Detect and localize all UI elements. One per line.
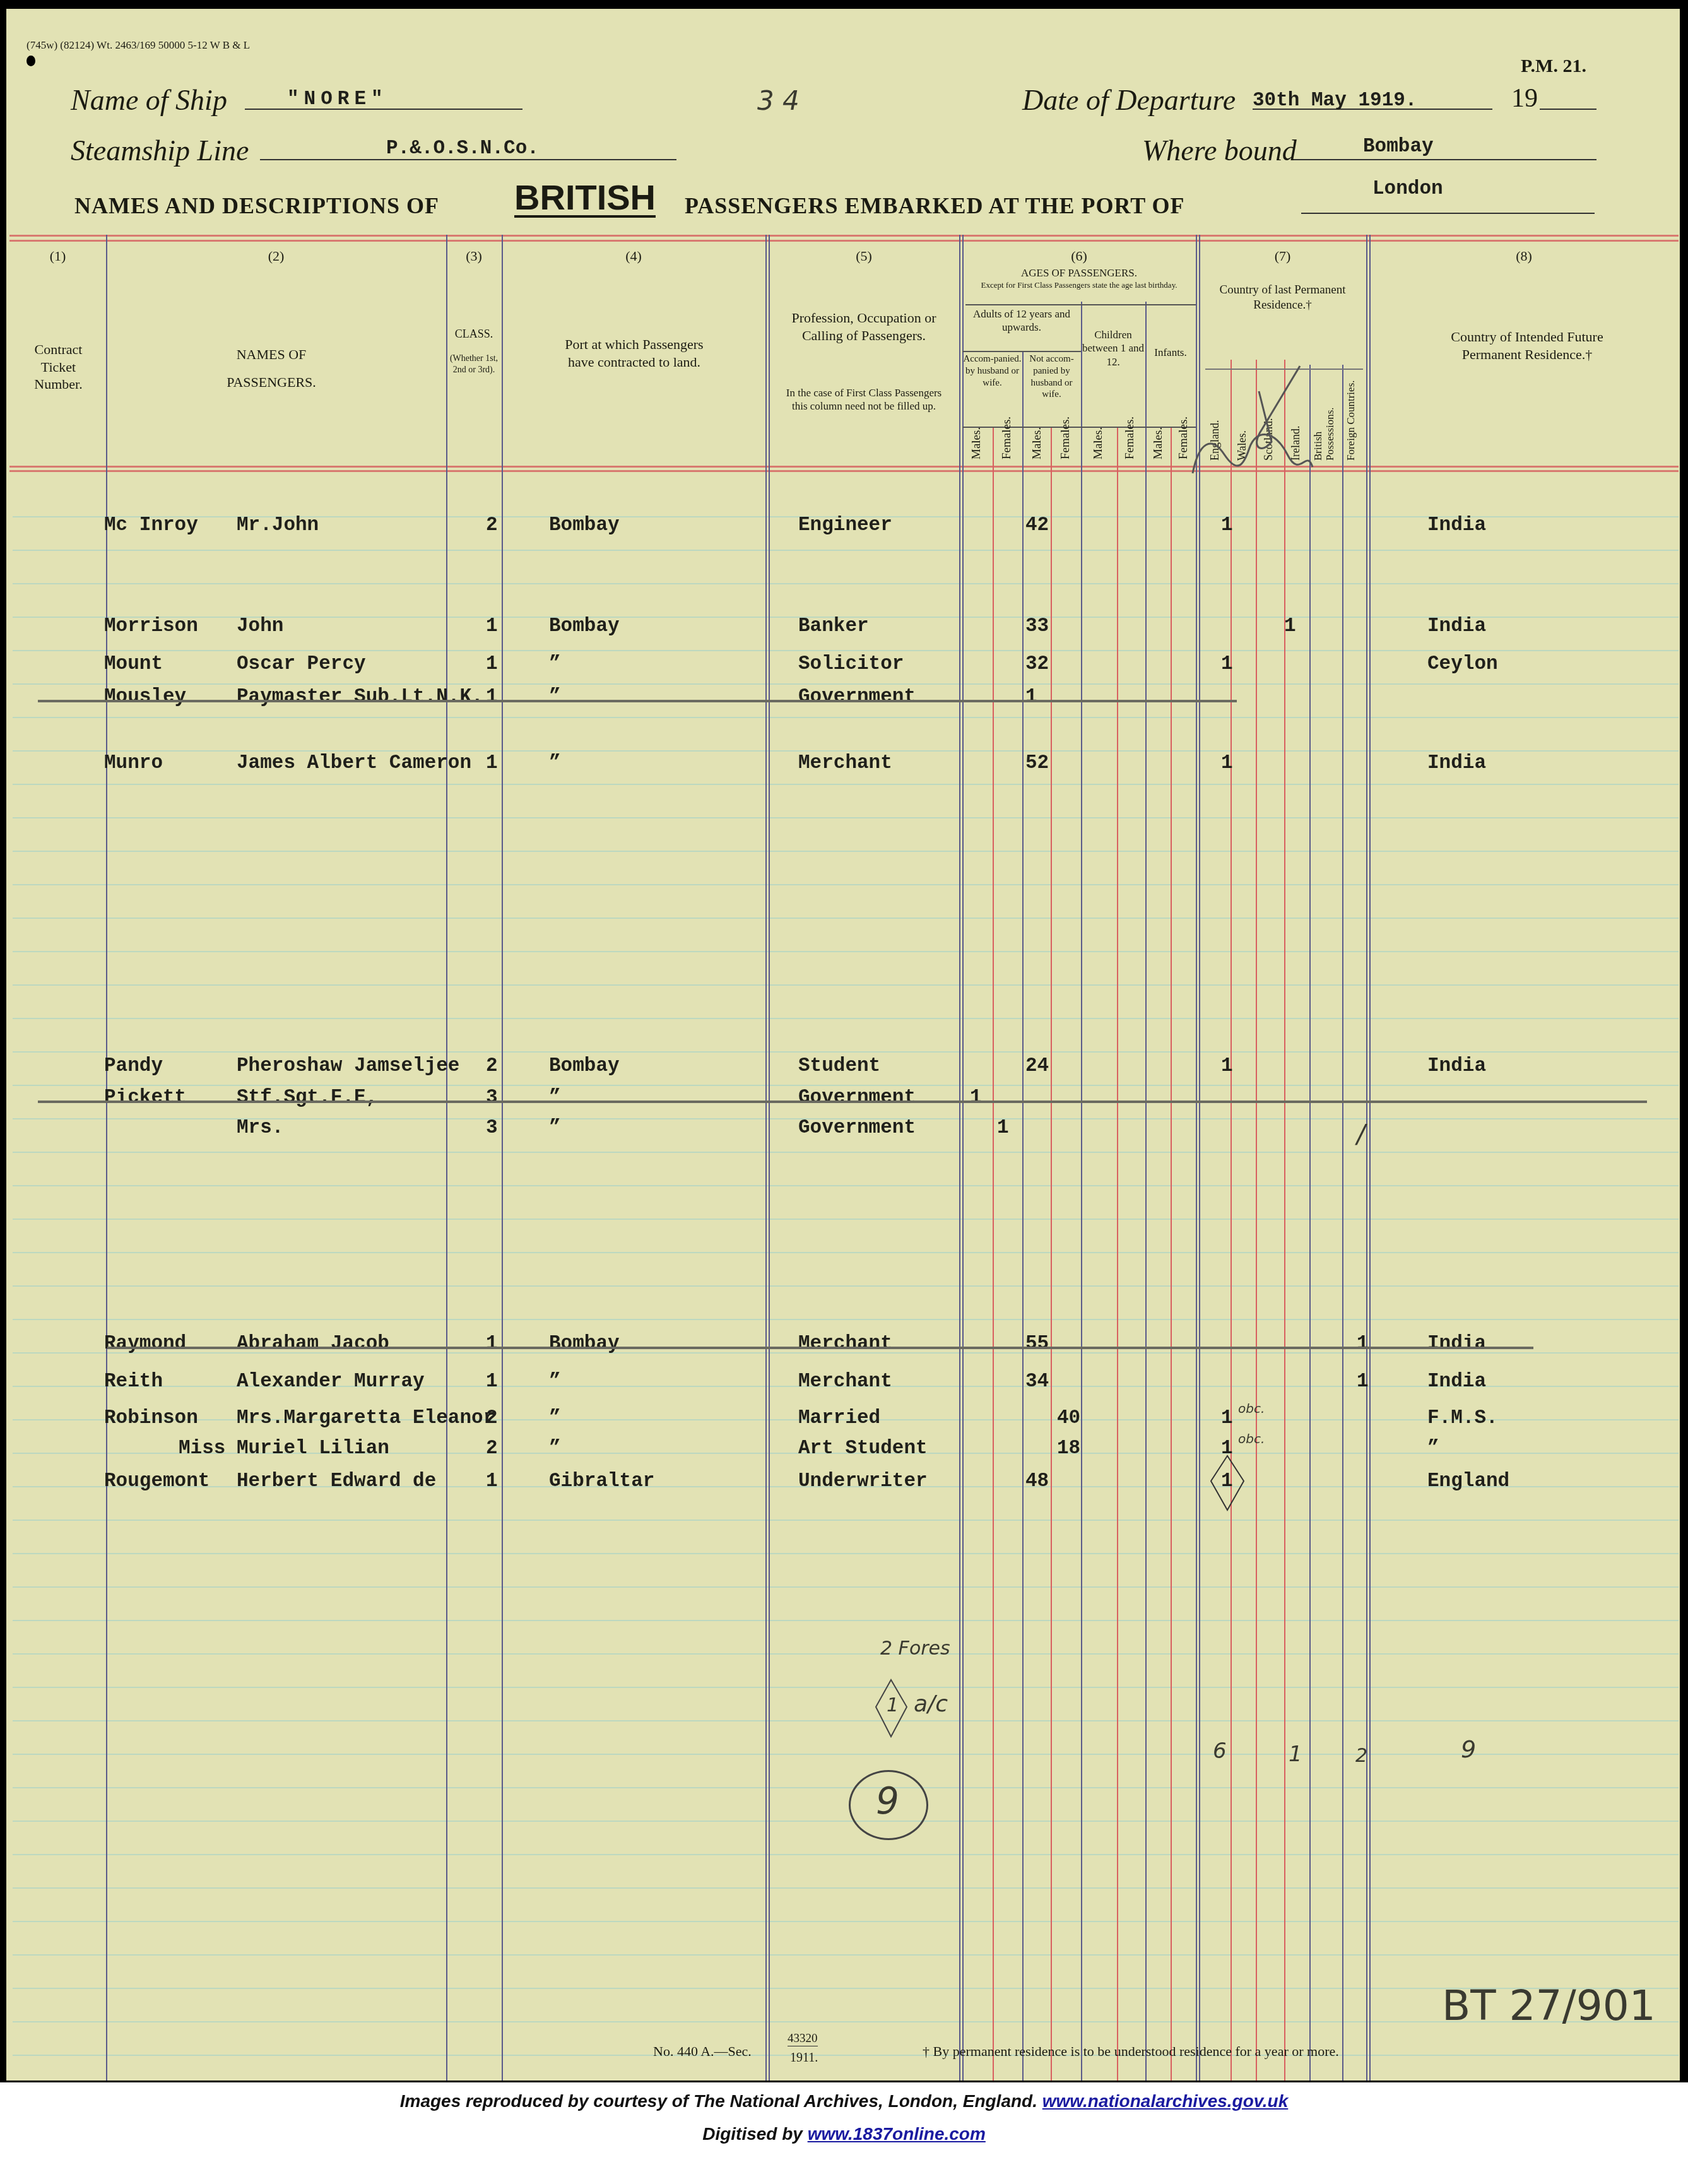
country-sub-divider	[1309, 365, 1311, 2081]
ruled-line	[13, 1553, 1679, 1554]
passenger-class: 2	[486, 1437, 498, 1460]
passenger-future-residence: India	[1427, 1333, 1486, 1355]
passenger-given-names: Mrs.Margaretta Eleanor	[237, 1407, 495, 1429]
col2-header: NAMES OF PASSENGERS.	[208, 341, 334, 396]
pencil-squiggle-icon	[1186, 328, 1350, 480]
steamship-line-value: P.&.O.S.N.Co.	[386, 138, 539, 160]
col-divider-6b	[1199, 235, 1200, 2081]
col-divider-1	[106, 235, 107, 2081]
passenger-given-names: Paymaster Sub.Lt.N.K.	[237, 686, 483, 708]
country-sub-divider	[1342, 365, 1343, 2081]
passenger-residence-mark: 1	[1221, 752, 1233, 774]
form-id: P.M. 21.	[1521, 56, 1586, 77]
col4-header: Port at which Passengers have contracted…	[555, 336, 713, 370]
passenger-surname: Munro	[104, 752, 163, 774]
passenger-age: 1	[1025, 686, 1037, 708]
passenger-age: 32	[1025, 653, 1049, 675]
ruled-line	[13, 550, 1679, 551]
males-label: Males.	[1092, 427, 1106, 459]
fraction-top: 43320	[788, 2032, 818, 2046]
ruled-line	[13, 750, 1679, 752]
ruled-line	[13, 1185, 1679, 1186]
ruled-line	[13, 851, 1679, 852]
passenger-given-names: Oscar Percy	[237, 653, 366, 675]
passenger-residence-mark: 1	[1221, 1407, 1233, 1429]
passenger-surname: Raymond	[104, 1333, 186, 1355]
passenger-port: ”	[549, 1371, 561, 1393]
passenger-surname: Reith	[104, 1371, 163, 1393]
passenger-given-names: Mrs.	[237, 1117, 283, 1139]
header-bottom-rule	[9, 466, 1679, 468]
passenger-age: 1	[970, 1087, 982, 1109]
passenger-future-residence: India	[1427, 615, 1486, 637]
passenger-residence-mark: 1	[1357, 1371, 1369, 1393]
tally-note: 2 Fores	[880, 1638, 950, 1660]
port-value: London	[1372, 178, 1443, 200]
ruled-line	[13, 583, 1679, 584]
ruled-line	[13, 951, 1679, 952]
passenger-residence-mark: 1	[1221, 653, 1233, 675]
females-label: Females.	[1123, 416, 1137, 459]
header-top-rule-2	[9, 240, 1679, 242]
passenger-port: ”	[549, 1437, 561, 1460]
col5-header: Profession, Occupation or Calling of Pas…	[775, 309, 953, 344]
ruled-line	[13, 1285, 1679, 1287]
ruled-line	[13, 918, 1679, 919]
ruled-line	[13, 1018, 1679, 1019]
passenger-residence-mark: 1	[1357, 1333, 1369, 1355]
passenger-surname: Mount	[104, 653, 163, 675]
year-underline	[1540, 109, 1597, 110]
passenger-surname: Robinson	[104, 1407, 198, 1429]
passenger-given-names: John	[237, 615, 283, 637]
passenger-class: 1	[486, 752, 498, 774]
header-bottom-rule-2	[9, 470, 1679, 472]
col-divider-6	[1196, 235, 1197, 2081]
females-label: Females.	[1059, 416, 1073, 459]
col-divider-7b	[1369, 235, 1371, 2081]
passenger-given-names: Alexander Murray	[237, 1371, 425, 1393]
passenger-port: Bombay	[549, 1055, 620, 1077]
country-sub-divider	[1231, 360, 1232, 2081]
passenger-occupation: Art Student	[798, 1437, 928, 1460]
ruled-line	[13, 1520, 1679, 1521]
passenger-occupation: Government	[798, 1087, 916, 1109]
not-accompanied-header: Not accom-panied by husband or wife.	[1022, 353, 1081, 401]
age-sub-divider	[993, 428, 994, 2081]
passenger-occupation: Government	[798, 1117, 916, 1139]
col-divider-4	[765, 235, 767, 2081]
departure-date-value: 30th May 1919.	[1253, 90, 1417, 112]
passenger-residence-mark: 1	[1221, 1055, 1233, 1077]
passenger-occupation: Solicitor	[798, 653, 904, 675]
passenger-port: Bombay	[549, 514, 620, 536]
passenger-class: 3	[486, 1117, 498, 1139]
col6-number: (6)	[962, 247, 1196, 265]
port-underline	[1301, 213, 1595, 214]
passenger-class: 2	[486, 1407, 498, 1429]
where-bound-value: Bombay	[1363, 136, 1434, 158]
passenger-port: Gibraltar	[549, 1470, 654, 1492]
col-divider-7	[1366, 235, 1367, 2081]
passenger-port: ”	[549, 1117, 561, 1139]
passenger-surname: Miss	[179, 1437, 225, 1460]
passenger-surname: Rougemont	[104, 1470, 210, 1492]
ruled-line	[13, 1687, 1679, 1688]
passenger-class: 1	[486, 1470, 498, 1492]
passenger-age: 1	[997, 1117, 1009, 1139]
ruled-line	[13, 1921, 1679, 1922]
col6-rule	[965, 304, 1196, 305]
ruled-line	[13, 1821, 1679, 1822]
ruled-line	[13, 1085, 1679, 1086]
col2-number: (2)	[106, 247, 446, 265]
passenger-given-names: Abraham Jacob	[237, 1333, 389, 1355]
strikethrough-line	[107, 1347, 1533, 1349]
passenger-future-residence: F.M.S.	[1427, 1407, 1498, 1429]
passenger-occupation: Government	[798, 686, 916, 708]
passenger-occupation: Underwriter	[798, 1470, 928, 1492]
passenger-class: 2	[486, 1055, 498, 1077]
males-label: Males.	[970, 427, 984, 459]
digitised-by-text: Digitised by	[702, 2124, 803, 2144]
diamond-note: a/c	[914, 1691, 948, 1717]
passenger-class: 3	[486, 1087, 498, 1109]
passenger-port: Bombay	[549, 615, 620, 637]
passenger-age: 24	[1025, 1055, 1049, 1077]
col8-header: Country of Intended Future Permanent Res…	[1432, 328, 1622, 363]
passenger-future-residence: India	[1427, 752, 1486, 774]
ruled-line	[13, 1319, 1679, 1320]
title-prefix: NAMES AND DESCRIPTIONS OF	[74, 192, 439, 219]
adults-rule	[962, 351, 1081, 352]
passenger-future-residence: India	[1427, 1371, 1486, 1393]
strikethrough-line	[38, 700, 1237, 702]
passenger-occupation: Married	[798, 1407, 880, 1429]
form-number: No. 440 A.—Sec.	[653, 2043, 752, 2060]
passenger-port: ”	[549, 653, 561, 675]
ruled-line	[13, 1152, 1679, 1153]
residence-note: obc.	[1238, 1431, 1265, 1446]
passenger-given-names: Stf.Sgt.F.E,	[237, 1087, 377, 1109]
steamship-line-label: Steamship Line	[71, 134, 249, 167]
passenger-given-names: Mr.John	[237, 514, 319, 536]
year-prefix: 19	[1511, 83, 1538, 114]
passenger-future-residence: Ceylon	[1427, 653, 1498, 675]
passenger-age: 33	[1025, 615, 1049, 637]
passenger-future-residence: India	[1427, 514, 1486, 536]
ruled-line	[13, 817, 1679, 818]
col-divider-3	[502, 235, 503, 2081]
ruled-line	[13, 1252, 1679, 1253]
ruled-line	[13, 984, 1679, 986]
passenger-class: 1	[486, 686, 498, 708]
passenger-occupation: Merchant	[798, 1371, 892, 1393]
fraction-bottom: 1911.	[790, 2051, 818, 2065]
credits-line-1: Images reproduced by courtesy of The Nat…	[0, 2091, 1688, 2111]
age-sub-divider	[1081, 302, 1082, 2081]
header-top-rule	[9, 235, 1679, 237]
passenger-age: 40	[1057, 1407, 1080, 1429]
title-british: BRITISH	[514, 180, 656, 218]
circled-total: 9	[876, 1780, 899, 1822]
passenger-port: ”	[549, 686, 561, 708]
passenger-age: 48	[1025, 1470, 1049, 1492]
col6-header: AGES OF PASSENGERS.	[962, 266, 1196, 280]
ruled-line	[13, 650, 1679, 651]
passenger-surname: Pandy	[104, 1055, 163, 1077]
passenger-occupation: Student	[798, 1055, 880, 1077]
passenger-surname: Mc Inroy	[104, 514, 198, 536]
passenger-age: 34	[1025, 1371, 1049, 1393]
passenger-port: ”	[549, 752, 561, 774]
credits-footer: Images reproduced by courtesy of The Nat…	[0, 2082, 1688, 2184]
credits-line-2: Digitised by www.1837online.com	[0, 2124, 1688, 2144]
ruled-line	[13, 1653, 1679, 1655]
col5-number: (5)	[769, 247, 959, 265]
ruled-line	[13, 784, 1679, 785]
ruled-line	[13, 884, 1679, 885]
dagger-footnote: † By permanent residence is to be unders…	[923, 2043, 1339, 2060]
page-marks: 3 4	[757, 85, 800, 116]
where-bound-underline	[1294, 159, 1597, 160]
total-england: 6	[1213, 1738, 1227, 1764]
passenger-surname: Morrison	[104, 615, 198, 637]
ruled-line	[13, 1620, 1679, 1621]
passenger-class: 1	[486, 653, 498, 675]
col1-header: Contract Ticket Number.	[16, 341, 101, 393]
passenger-age: 52	[1025, 752, 1049, 774]
where-bound-label: Where bound	[1142, 134, 1297, 167]
passenger-given-names: Muriel Lilian	[237, 1437, 389, 1460]
passenger-future-residence: England	[1427, 1470, 1509, 1492]
ruled-line	[13, 1988, 1679, 1989]
ruled-line	[13, 1051, 1679, 1053]
print-code: (745w) (82124) Wt. 2463/169 50000 5-12 W…	[27, 39, 250, 52]
age-sub-divider	[1022, 352, 1024, 2081]
ruled-line	[13, 1954, 1679, 1956]
passenger-given-names: James Albert Cameron	[237, 752, 471, 774]
col-divider-5b	[962, 235, 964, 2081]
archive-reference: BT 27/901	[1442, 1981, 1656, 2030]
col-divider-5	[959, 235, 960, 2081]
col6-note: Except for First Class Passengers state …	[969, 280, 1189, 290]
accompanied-header: Accom-panied. by husband or wife.	[962, 353, 1022, 389]
ship-name-value: "NORE"	[287, 88, 388, 110]
passenger-class: 1	[486, 1371, 498, 1393]
passenger-age: 42	[1025, 514, 1049, 536]
departure-date-label: Date of Departure	[1022, 83, 1236, 117]
passenger-given-names: Herbert Edward de	[237, 1470, 436, 1492]
col7-header: Country of last Permanent Residence.†	[1202, 283, 1363, 313]
females-label: Females.	[1000, 416, 1014, 459]
passenger-age: 55	[1025, 1333, 1049, 1355]
age-sub-divider	[1145, 302, 1147, 2081]
age-sub-divider	[1117, 428, 1118, 2081]
ruled-line	[13, 1754, 1679, 1755]
col1-number: (1)	[9, 247, 106, 265]
col-divider-2	[446, 235, 447, 2081]
ship-name-label: Name of Ship	[71, 83, 227, 117]
punch-hole	[27, 56, 35, 66]
col3-header: CLASS.	[446, 327, 502, 341]
diamond-mark-icon	[1208, 1455, 1246, 1511]
passenger-class: 1	[486, 1333, 498, 1355]
diamond-mark: 1	[887, 1694, 899, 1716]
col-divider-4b	[769, 235, 770, 2081]
passenger-future-residence: India	[1427, 1055, 1486, 1077]
total-scotland: 1	[1289, 1742, 1302, 1767]
total-future: 9	[1461, 1735, 1476, 1763]
passenger-port: ”	[549, 1407, 561, 1429]
passenger-occupation: Banker	[798, 615, 869, 637]
country-sub-divider	[1256, 360, 1257, 2081]
title-suffix: PASSENGERS EMBARKED AT THE PORT OF	[685, 192, 1185, 219]
ruled-line	[13, 1887, 1679, 1889]
col3-number: (3)	[446, 247, 502, 265]
col8-number: (8)	[1369, 247, 1679, 265]
ruled-line	[13, 2055, 1679, 2056]
passenger-class: 2	[486, 514, 498, 536]
males-label: Males.	[1152, 427, 1166, 459]
passenger-given-names: Pheroshaw Jamseljee	[237, 1055, 459, 1077]
ruled-line	[13, 1219, 1679, 1220]
passenger-surname: Pickett	[104, 1087, 186, 1109]
national-archives-link[interactable]: www.nationalarchives.gov.uk	[1042, 2091, 1289, 2111]
1837online-link[interactable]: www.1837online.com	[808, 2124, 986, 2144]
total-british: 2	[1355, 1745, 1367, 1767]
ruled-line	[13, 1854, 1679, 1855]
adults-header: Adults of 12 years and upwards.	[962, 307, 1081, 334]
age-sub-divider	[1171, 428, 1172, 2081]
passenger-port: ”	[549, 1087, 561, 1109]
ruled-line	[13, 683, 1679, 685]
residence-note: obc.	[1238, 1401, 1265, 1416]
ruled-line	[13, 717, 1679, 718]
ruled-line	[13, 1586, 1679, 1588]
passenger-surname: Mousley	[104, 686, 186, 708]
ruled-line	[13, 1787, 1679, 1788]
children-header: Children between 1 and 12.	[1081, 328, 1145, 369]
passenger-occupation: Merchant	[798, 752, 892, 774]
passenger-residence-mark: 1	[1284, 615, 1296, 637]
strikethrough-line	[38, 1101, 1647, 1103]
passenger-port: Bombay	[549, 1333, 620, 1355]
passenger-age: 18	[1057, 1437, 1080, 1460]
passenger-residence-mark: /	[1357, 1120, 1365, 1149]
passenger-occupation: Engineer	[798, 514, 892, 536]
col7-number: (7)	[1199, 247, 1366, 265]
col5-note: In the case of First Class Passengers th…	[781, 386, 947, 413]
ruled-line	[13, 1720, 1679, 1721]
passenger-residence-mark: 1	[1221, 514, 1233, 536]
passenger-class: 1	[486, 615, 498, 637]
passenger-future-residence: ”	[1427, 1437, 1439, 1460]
credits-text: Images reproduced by courtesy of The Nat…	[400, 2091, 1037, 2111]
col4-number: (4)	[502, 247, 765, 265]
col3-note: (Whether 1st, 2nd or 3rd).	[449, 353, 499, 375]
males-label: Males.	[1030, 427, 1044, 459]
age-sub-divider	[1051, 428, 1052, 2081]
passenger-occupation: Merchant	[798, 1333, 892, 1355]
ruled-line	[13, 2021, 1679, 2022]
